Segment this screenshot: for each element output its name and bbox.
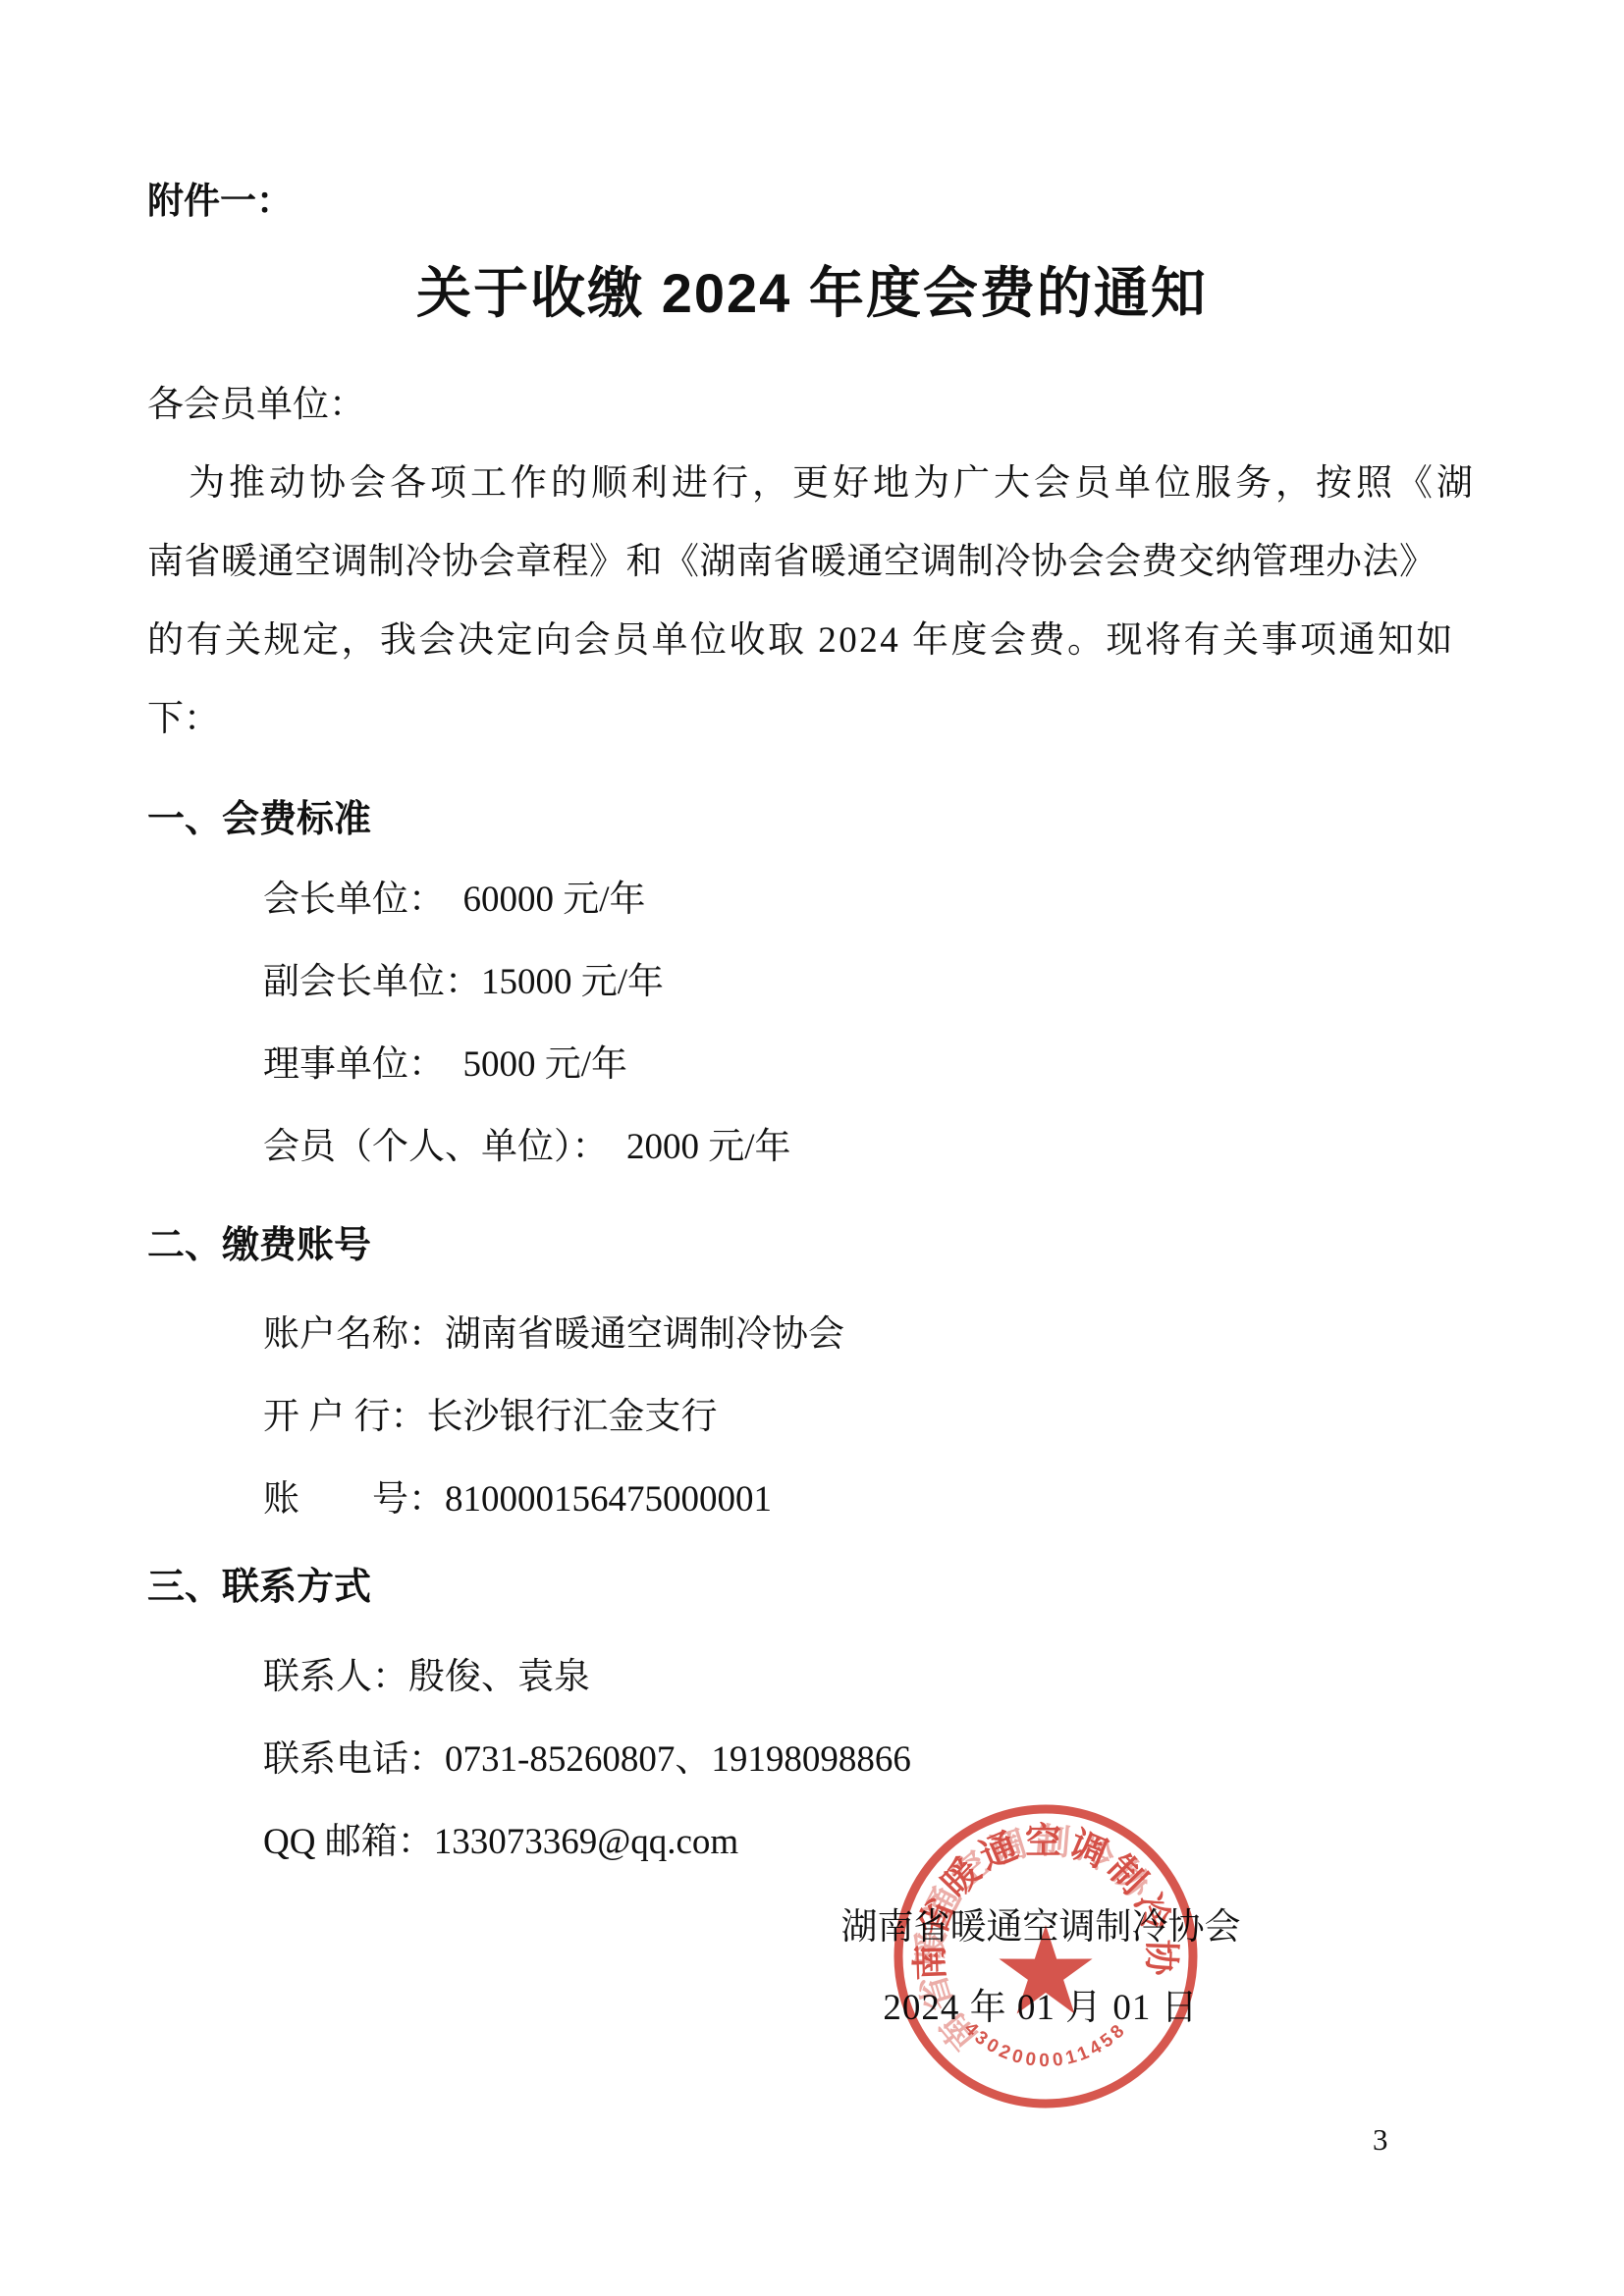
- section-fee-standards: 一、会费标准 会长单位： 60000 元/年 副会长单位：15000 元/年 理…: [147, 780, 1477, 1189]
- intro-line: 下：: [147, 680, 1477, 759]
- fee-items: 会长单位： 60000 元/年 副会长单位：15000 元/年 理事单位： 50…: [147, 859, 1477, 1189]
- contact-email: QQ 邮箱：133073369@qq.com: [147, 1801, 1477, 1884]
- salutation: 各会员单位：: [147, 366, 1477, 445]
- account-name: 账户名称：湖南省暖通空调制冷协会: [147, 1294, 1477, 1376]
- section-heading: 一、会费标准: [147, 780, 1477, 859]
- page-number: 3: [1373, 2120, 1388, 2160]
- account-number: 账 号：810000156475000001: [147, 1459, 1477, 1541]
- intro-line: 为推动协会各项工作的顺利进行，更好地为广大会员单位服务，按照《湖: [147, 445, 1477, 523]
- intro-line: 的有关规定，我会决定向会员单位收取 2024 年度会费。现将有关事项通知如: [147, 602, 1477, 680]
- section-contact: 三、联系方式 联系人：殷俊、袁泉 联系电话：0731-85260807、1919…: [147, 1548, 1477, 1884]
- document-page: 附件一： 关于收缴 2024 年度会费的通知 各会员单位： 为推动协会各项工作的…: [0, 0, 1624, 2296]
- account-bank: 开 户 行：长沙银行汇金支行: [147, 1376, 1477, 1459]
- section-heading: 三、联系方式: [147, 1548, 1477, 1627]
- contact-phone: 联系电话：0731-85260807、19198098866: [147, 1719, 1477, 1801]
- fee-item-president: 会长单位： 60000 元/年: [147, 859, 1477, 941]
- account-items: 账户名称：湖南省暖通空调制冷协会 开 户 行：长沙银行汇金支行 账 号：8100…: [147, 1294, 1477, 1541]
- seal-star-icon: [999, 1925, 1092, 2014]
- intro-paragraph: 为推动协会各项工作的顺利进行，更好地为广大会员单位服务，按照《湖 南省暖通空调制…: [147, 445, 1477, 759]
- fee-item-director: 理事单位： 5000 元/年: [147, 1024, 1477, 1106]
- section-heading: 二、缴费账号: [147, 1206, 1477, 1285]
- document-title: 关于收缴 2024 年度会费的通知: [147, 248, 1477, 339]
- seal-serial-number: 4302000011458: [960, 2018, 1131, 2071]
- intro-line: 南省暖通空调制冷协会章程》和《湖南省暖通空调制冷协会会费交纳管理办法》: [147, 523, 1477, 602]
- official-seal: 湖南省暖通空调制冷协会 湖南省暖通空调制冷协会 4302000011458: [889, 1799, 1203, 2113]
- attachment-label: 附件一：: [147, 162, 1477, 240]
- fee-item-vice-president: 副会长单位：15000 元/年: [147, 941, 1477, 1024]
- contact-items: 联系人：殷俊、袁泉 联系电话：0731-85260807、19198098866…: [147, 1636, 1477, 1884]
- fee-item-member: 会员（个人、单位）： 2000 元/年: [147, 1106, 1477, 1189]
- section-payment-account: 二、缴费账号 账户名称：湖南省暖通空调制冷协会 开 户 行：长沙银行汇金支行 账…: [147, 1206, 1477, 1541]
- contact-person: 联系人：殷俊、袁泉: [147, 1636, 1477, 1719]
